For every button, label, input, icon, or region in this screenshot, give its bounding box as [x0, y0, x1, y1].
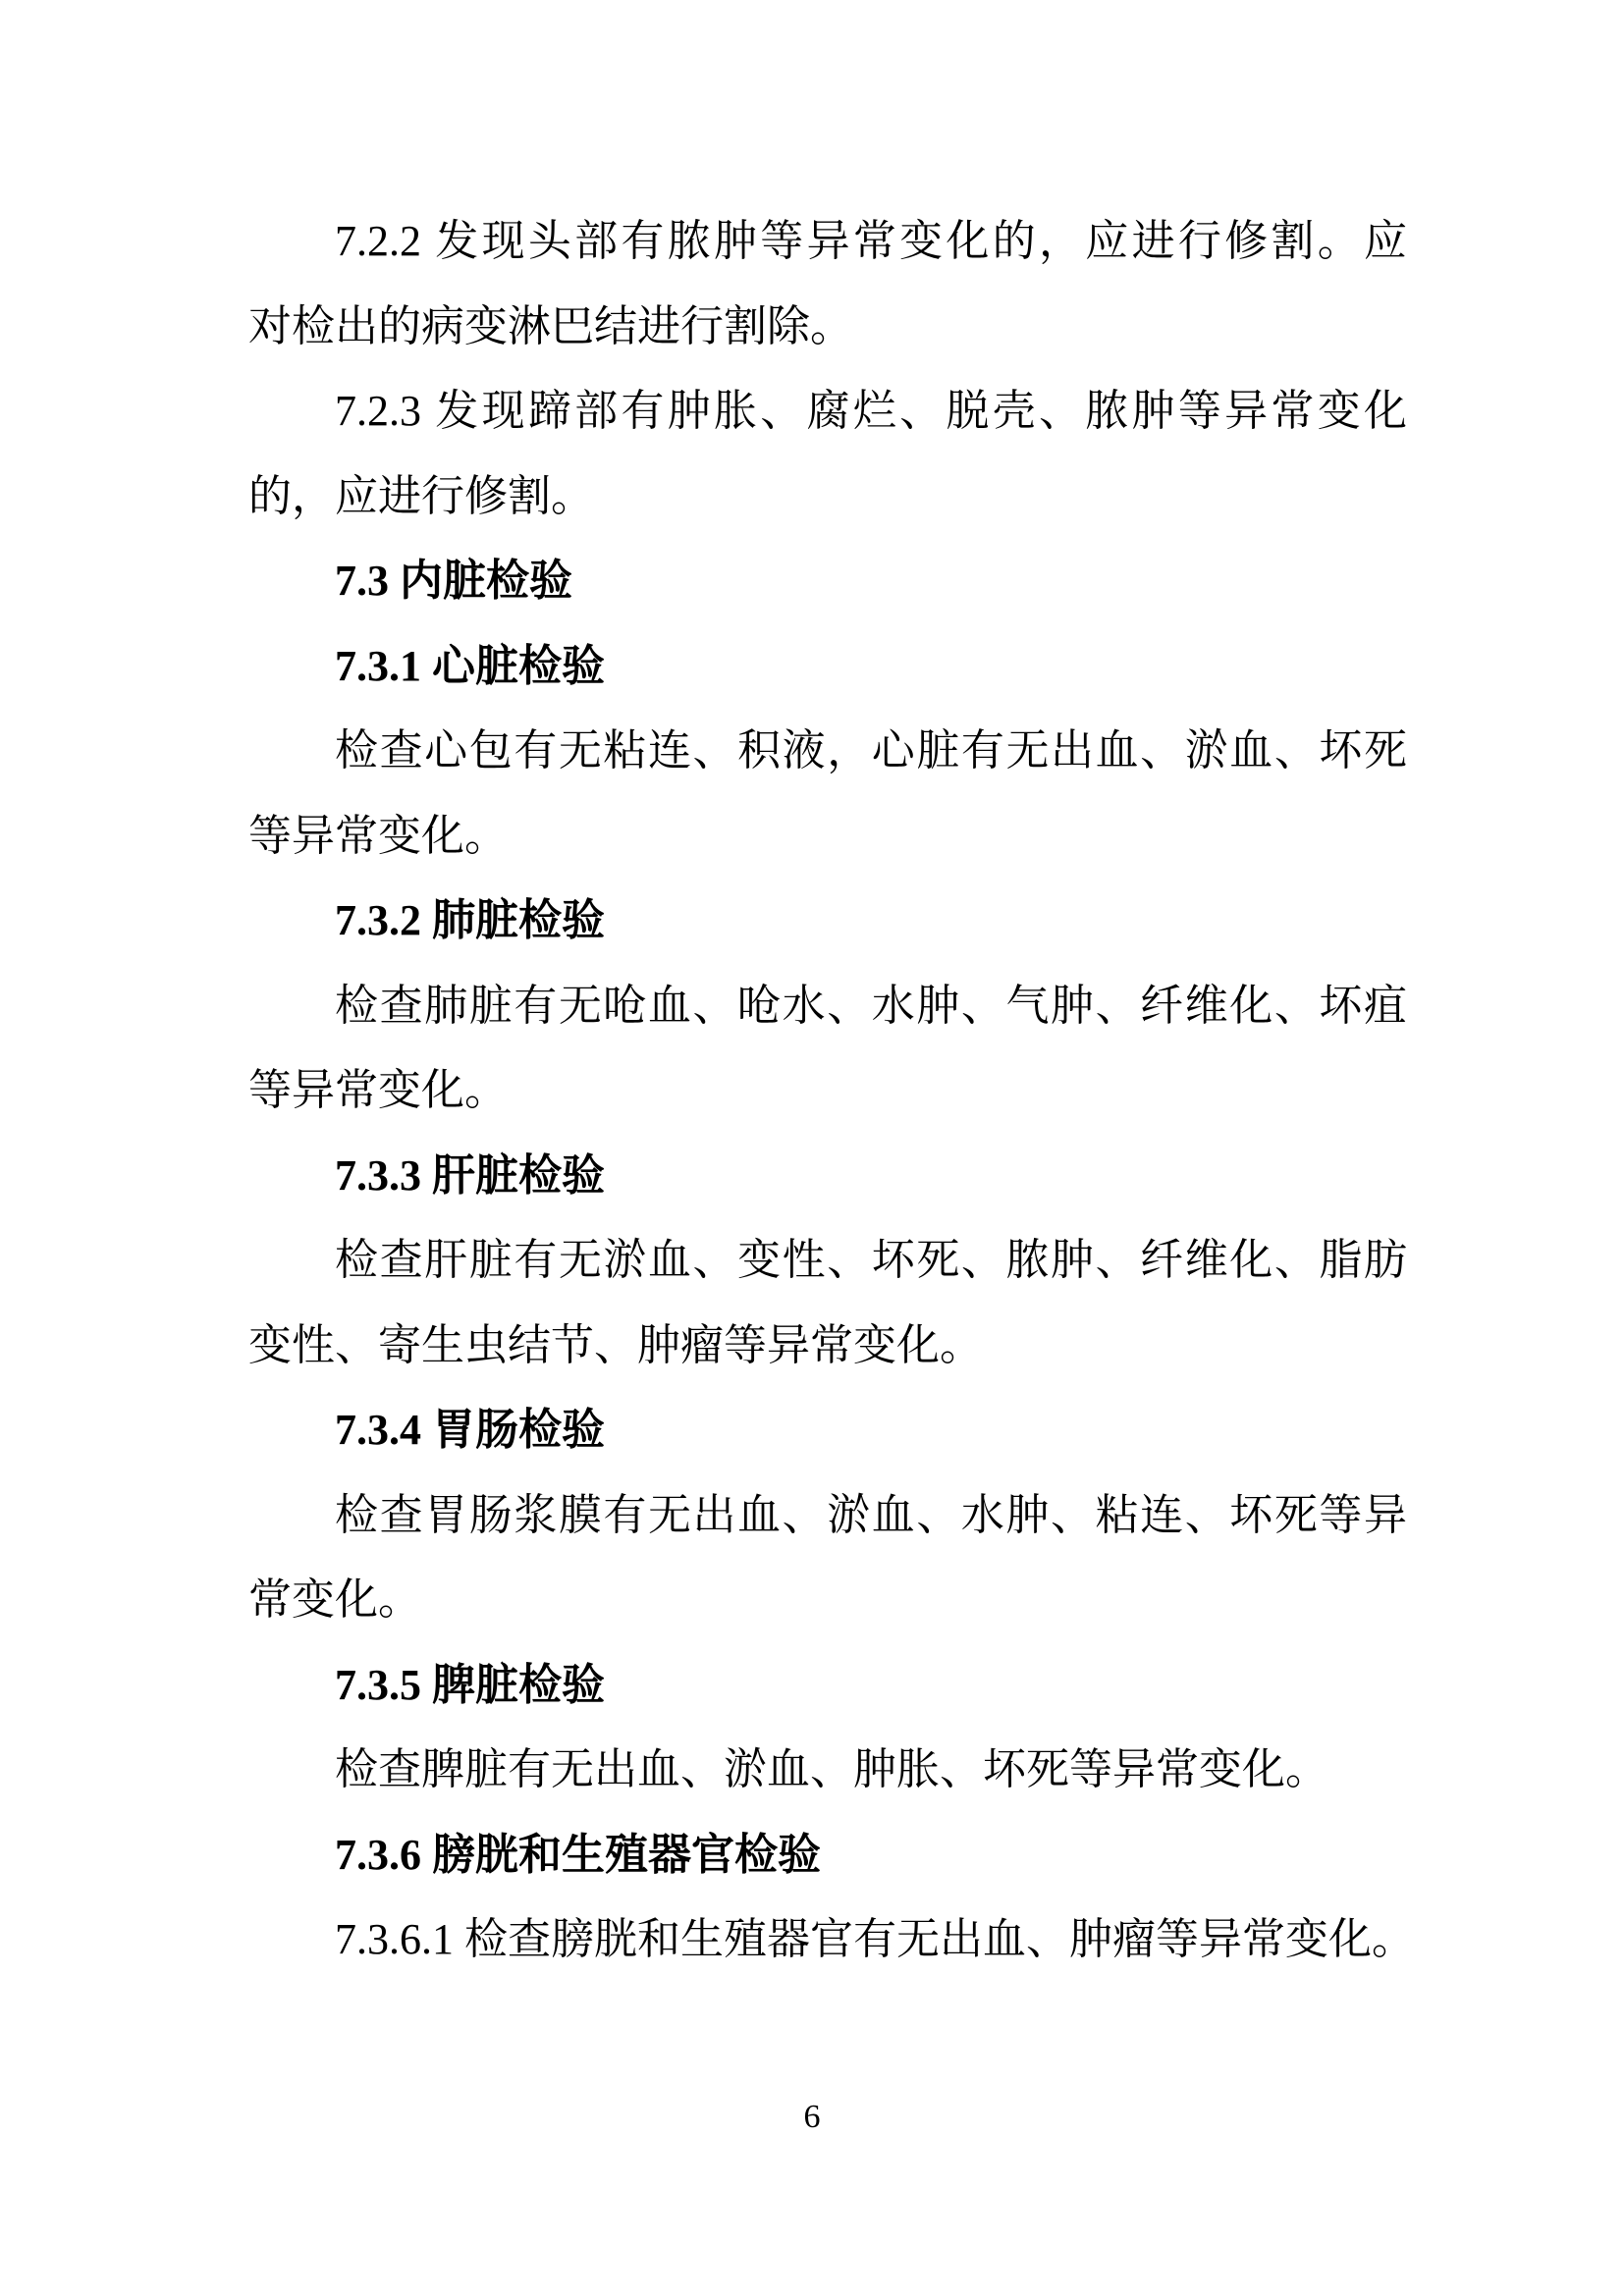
- text-line: 等异常变化。: [248, 1048, 1407, 1134]
- section-heading: 7.3.3 肝脏检验: [248, 1134, 1407, 1219]
- text-line: 7.2.3 发现蹄部有肿胀、腐烂、脱壳、脓肿等异常变化: [248, 369, 1407, 454]
- text-block: 7.2.2 发现头部有脓肿等异常变化的，应进行修割。应 对检出的病变淋巴结进行割…: [248, 199, 1407, 1983]
- section-heading: 7.3 内脏检验: [248, 539, 1407, 624]
- text-line: 7.2.2 发现头部有脓肿等异常变化的，应进行修割。应: [248, 199, 1407, 285]
- page-number: 6: [0, 2097, 1624, 2138]
- text-line: 常变化。: [248, 1558, 1407, 1643]
- text-line: 对检出的病变淋巴结进行割除。: [248, 285, 1407, 370]
- section-heading: 7.3.4 胃肠检验: [248, 1388, 1407, 1473]
- text-line: 等异常变化。: [248, 794, 1407, 880]
- document-page: 7.2.2 发现头部有脓肿等异常变化的，应进行修割。应 对检出的病变淋巴结进行割…: [0, 0, 1624, 2296]
- section-heading: 7.3.5 脾脏检验: [248, 1643, 1407, 1729]
- text-line: 检查脾脏有无出血、淤血、肿胀、坏死等异常变化。: [248, 1728, 1407, 1813]
- text-line: 检查肺脏有无呛血、呛水、水肿、气肿、纤维化、坏疽: [248, 964, 1407, 1049]
- text-line: 变性、寄生虫结节、肿瘤等异常变化。: [248, 1304, 1407, 1389]
- section-heading: 7.3.6 膀胱和生殖器官检验: [248, 1813, 1407, 1898]
- text-line: 7.3.6.1 检查膀胱和生殖器官有无出血、肿瘤等异常变化。: [248, 1897, 1407, 1983]
- section-heading: 7.3.2 肺脏检验: [248, 879, 1407, 964]
- text-line: 检查肝脏有无淤血、变性、坏死、脓肿、纤维化、脂肪: [248, 1218, 1407, 1304]
- text-line: 检查心包有无粘连、积液，心脏有无出血、淤血、坏死: [248, 709, 1407, 794]
- text-line: 的，应进行修割。: [248, 454, 1407, 540]
- text-line: 检查胃肠浆膜有无出血、淤血、水肿、粘连、坏死等异: [248, 1473, 1407, 1559]
- section-heading: 7.3.1 心脏检验: [248, 624, 1407, 710]
